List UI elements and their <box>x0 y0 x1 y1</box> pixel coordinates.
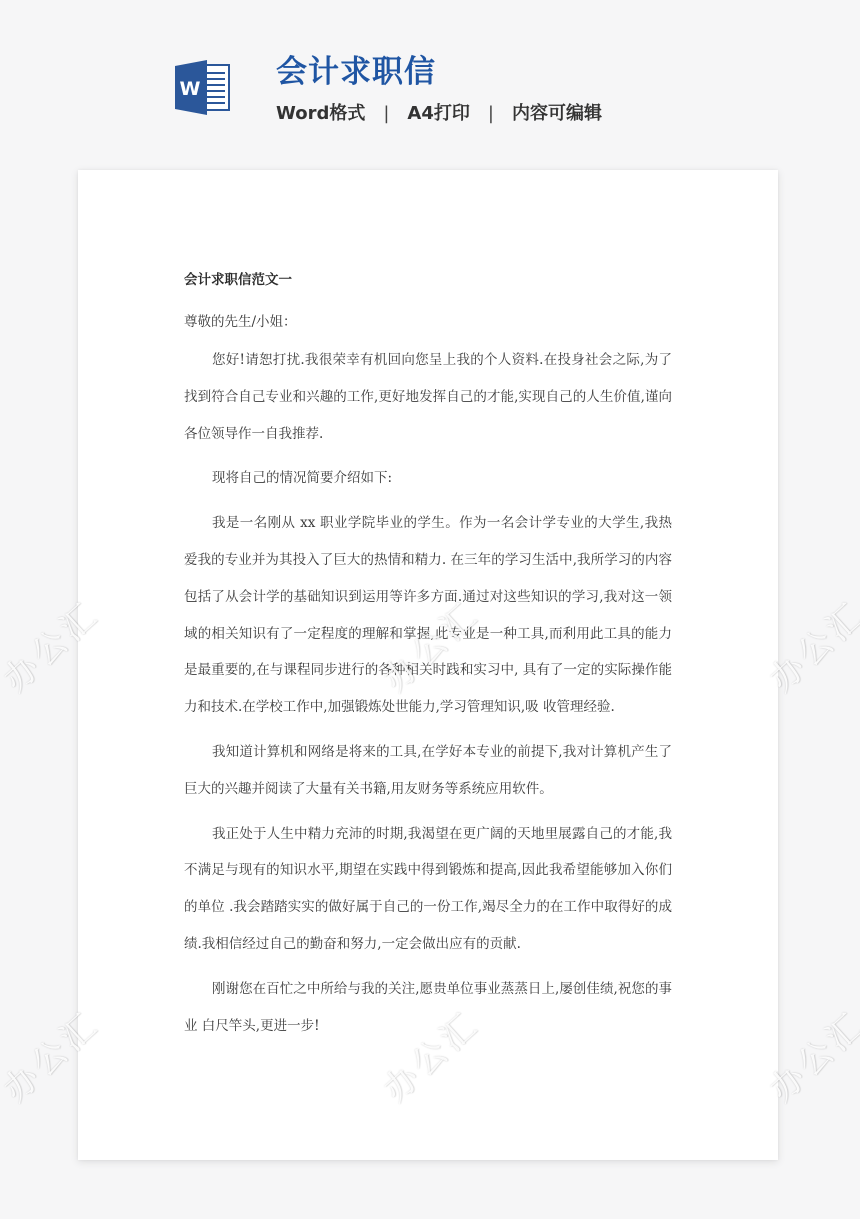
format-subtitle: Word格式|A4打印|内容可编辑 <box>276 101 602 127</box>
format-word: Word格式 <box>276 103 365 124</box>
document-heading: 会计求职信范文一 <box>184 266 672 294</box>
paragraph-overview: 现将自己的情况简要介绍如下: <box>184 460 672 497</box>
document-content: 会计求职信范文一 尊敬的先生/小姐： 您好!请恕打扰.我很荣幸有机回向您呈上我的… <box>184 266 672 1048</box>
greeting: 尊敬的先生/小姐： <box>184 308 672 336</box>
separator: | <box>488 101 494 127</box>
word-document-icon: W <box>175 60 231 115</box>
paragraph-education: 我是一名刚从 xx 职业学院毕业的学生。作为一名会计学专业的大学生,我热爱我的专… <box>184 505 672 726</box>
page-title: 会计求职信 <box>276 52 436 92</box>
format-a4: A4打印 <box>407 103 469 124</box>
header: W 会计求职信 Word格式|A4打印|内容可编辑 <box>0 0 860 160</box>
separator: | <box>383 101 389 127</box>
format-editable: 内容可编辑 <box>512 103 602 124</box>
paragraph-intro: 您好!请恕打扰.我很荣幸有机回向您呈上我的个人资料.在投身社会之际,为了找到符合… <box>184 342 672 452</box>
svg-text:W: W <box>180 78 201 100</box>
paragraph-aspiration: 我正处于人生中精力充沛的时期,我渴望在更广阔的天地里展露自己的才能,我不满足与现… <box>184 816 672 963</box>
document-page: 会计求职信范文一 尊敬的先生/小姐： 您好!请恕打扰.我很荣幸有机回向您呈上我的… <box>78 170 778 1160</box>
paragraph-computer-skills: 我知道计算机和网络是将来的工具,在学好本专业的前提下,我对计算机产生了巨大的兴趣… <box>184 734 672 808</box>
paragraph-closing: 刚谢您在百忙之中所给与我的关注,愿贵单位事业蒸蒸日上,屡创佳绩,祝您的事业 白尺… <box>184 971 672 1045</box>
